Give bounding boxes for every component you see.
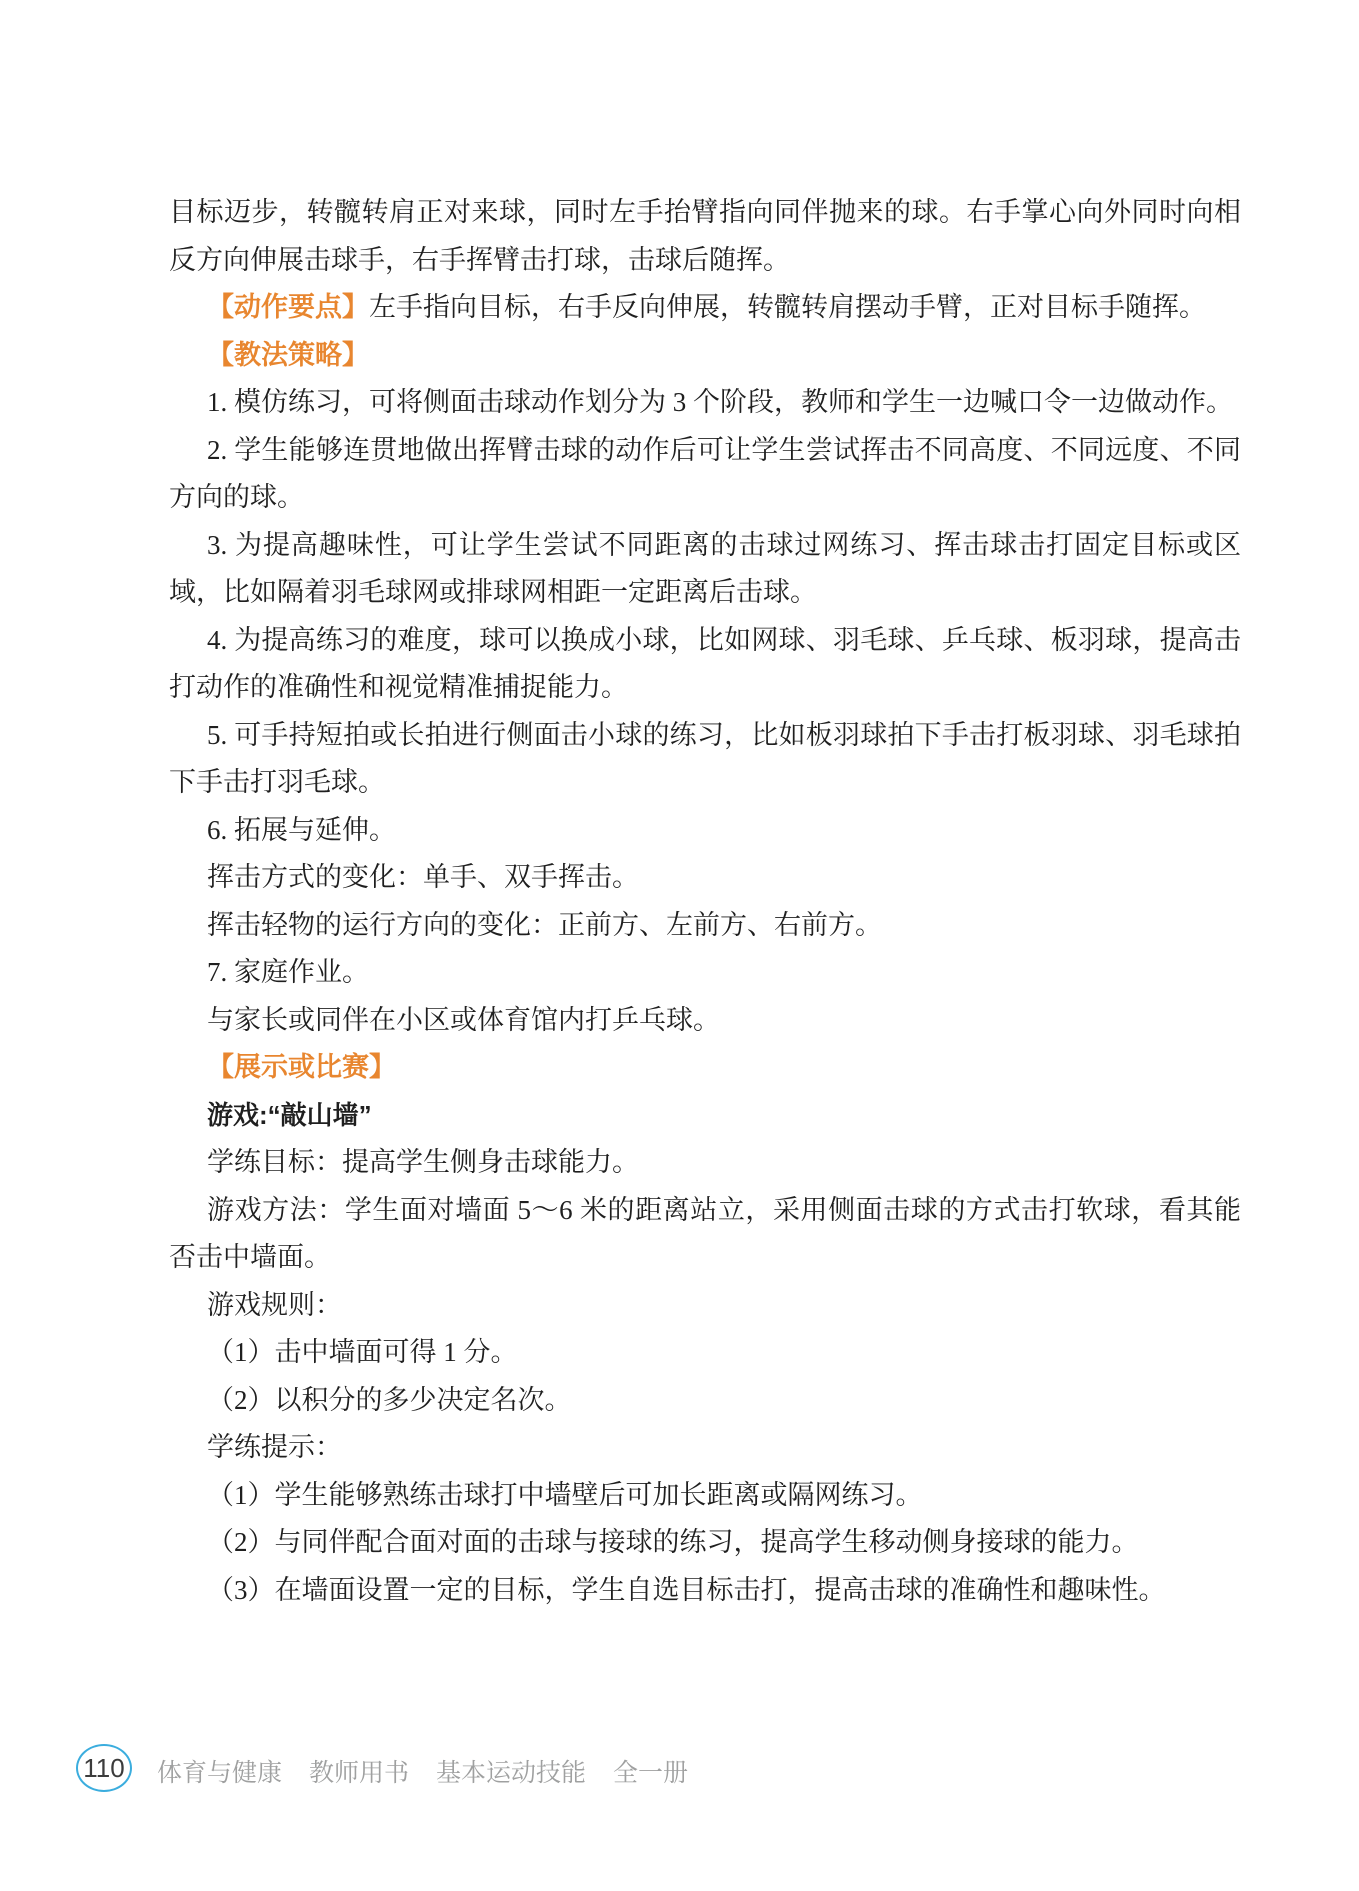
paragraph: 3. 为提高趣味性，可让学生尝试不同距离的击球过网练习、挥击球击打固定目标或区域…	[169, 522, 1241, 617]
paragraph-text: （1）击中墙面可得 1 分。	[207, 1337, 518, 1367]
book-page: 目标迈步，转髋转肩正对来球，同时左手抬臂指向同伴抛来的球。右手掌心向外同时向相反…	[0, 0, 1359, 1891]
paragraph: 【教法策略】	[169, 332, 1241, 380]
paragraph-text: 6. 拓展与延伸。	[207, 815, 396, 845]
paragraph-text: 3. 为提高趣味性，可让学生尝试不同距离的击球过网练习、挥击球击打固定目标或区域…	[169, 530, 1241, 608]
paragraph: 挥击轻物的运行方向的变化：正前方、左前方、右前方。	[169, 902, 1241, 950]
paragraph-text: 学练目标：提高学生侧身击球能力。	[207, 1147, 639, 1177]
page-footer: 110 体育与健康教师用书基本运动技能全一册	[0, 1740, 1359, 1800]
paragraph-text: 2. 学生能够连贯地做出挥臂击球的动作后可让学生尝试挥击不同高度、不同远度、不同…	[169, 435, 1241, 513]
section-label-show-or-compete: 【展示或比赛】	[207, 1052, 396, 1082]
paragraph-text: （3）在墙面设置一定的目标，学生自选目标击打，提高击球的准确性和趣味性。	[207, 1575, 1166, 1605]
game-title: 游戏:“敲山墙”	[169, 1092, 1241, 1140]
paragraph: 挥击方式的变化：单手、双手挥击。	[169, 854, 1241, 902]
paragraph-text: 目标迈步，转髋转肩正对来球，同时左手抬臂指向同伴抛来的球。右手掌心向外同时向相反…	[169, 197, 1241, 275]
footer-item: 基本运动技能	[436, 1759, 586, 1787]
paragraph: 【动作要点】左手指向目标，右手反向伸展，转髋转肩摆动手臂，正对目标手随挥。	[169, 284, 1241, 332]
footer-book-info: 体育与健康教师用书基本运动技能全一册	[157, 1753, 715, 1789]
paragraph-text: 与家长或同伴在小区或体育馆内打乒乓球。	[207, 1005, 720, 1035]
document-body: 目标迈步，转髋转肩正对来球，同时左手抬臂指向同伴抛来的球。右手掌心向外同时向相反…	[169, 189, 1241, 1614]
paragraph: 7. 家庭作业。	[169, 949, 1241, 997]
paragraph: 与家长或同伴在小区或体育馆内打乒乓球。	[169, 997, 1241, 1045]
paragraph-text: 学练提示：	[207, 1432, 342, 1462]
paragraph: 【展示或比赛】	[169, 1044, 1241, 1092]
paragraph: 6. 拓展与延伸。	[169, 807, 1241, 855]
paragraph: 4. 为提高练习的难度，球可以换成小球，比如网球、羽毛球、乒乓球、板羽球，提高击…	[169, 617, 1241, 712]
section-label-teaching-strategy: 【教法策略】	[207, 340, 369, 370]
paragraph: 1. 模仿练习，可将侧面击球动作划分为 3 个阶段，教师和学生一边喊口令一边做动…	[169, 379, 1241, 427]
paragraph: （1）击中墙面可得 1 分。	[169, 1329, 1241, 1377]
footer-item: 体育与健康	[157, 1759, 282, 1787]
paragraph-text: 5. 可手持短拍或长拍进行侧面击小球的练习，比如板羽球拍下手击打板羽球、羽毛球拍…	[169, 720, 1241, 798]
paragraph: 游戏规则：	[169, 1282, 1241, 1330]
paragraph: （1）学生能够熟练击球打中墙壁后可加长距离或隔网练习。	[169, 1472, 1241, 1520]
paragraph: 学练目标：提高学生侧身击球能力。	[169, 1139, 1241, 1187]
footer-item: 教师用书	[309, 1759, 409, 1787]
footer-item: 全一册	[613, 1759, 688, 1787]
paragraph-text: （2）以积分的多少决定名次。	[207, 1385, 572, 1415]
paragraph: 学练提示：	[169, 1424, 1241, 1472]
paragraph-text: 左手指向目标，右手反向伸展，转髋转肩摆动手臂，正对目标手随挥。	[369, 292, 1206, 322]
paragraph: 目标迈步，转髋转肩正对来球，同时左手抬臂指向同伴抛来的球。右手掌心向外同时向相反…	[169, 189, 1241, 284]
paragraph-text: （2）与同伴配合面对面的击球与接球的练习，提高学生移动侧身接球的能力。	[207, 1527, 1139, 1557]
paragraph-text: 游戏规则：	[207, 1290, 342, 1320]
paragraph-text: 挥击方式的变化：单手、双手挥击。	[207, 862, 639, 892]
paragraph: （2）以积分的多少决定名次。	[169, 1377, 1241, 1425]
paragraph: 2. 学生能够连贯地做出挥臂击球的动作后可让学生尝试挥击不同高度、不同远度、不同…	[169, 427, 1241, 522]
section-label-action-points: 【动作要点】	[207, 292, 369, 322]
paragraph-text: 4. 为提高练习的难度，球可以换成小球，比如网球、羽毛球、乒乓球、板羽球，提高击…	[169, 625, 1241, 703]
paragraph-text: 游戏方法：学生面对墙面 5～6 米的距离站立，采用侧面击球的方式击打软球，看其能…	[169, 1195, 1241, 1273]
paragraph-text: 挥击轻物的运行方向的变化：正前方、左前方、右前方。	[207, 910, 882, 940]
paragraph-text: （1）学生能够熟练击球打中墙壁后可加长距离或隔网练习。	[207, 1480, 923, 1510]
paragraph: （3）在墙面设置一定的目标，学生自选目标击打，提高击球的准确性和趣味性。	[169, 1567, 1241, 1615]
paragraph-text: 1. 模仿练习，可将侧面击球动作划分为 3 个阶段，教师和学生一边喊口令一边做动…	[207, 387, 1233, 417]
paragraph: 游戏方法：学生面对墙面 5～6 米的距离站立，采用侧面击球的方式击打软球，看其能…	[169, 1187, 1241, 1282]
paragraph-text: 7. 家庭作业。	[207, 957, 369, 987]
page-number-badge: 110	[76, 1744, 132, 1792]
paragraph: （2）与同伴配合面对面的击球与接球的练习，提高学生移动侧身接球的能力。	[169, 1519, 1241, 1567]
paragraph: 5. 可手持短拍或长拍进行侧面击小球的练习，比如板羽球拍下手击打板羽球、羽毛球拍…	[169, 712, 1241, 807]
paragraph-text: 游戏:“敲山墙”	[207, 1100, 372, 1130]
page-number: 110	[83, 1753, 124, 1784]
